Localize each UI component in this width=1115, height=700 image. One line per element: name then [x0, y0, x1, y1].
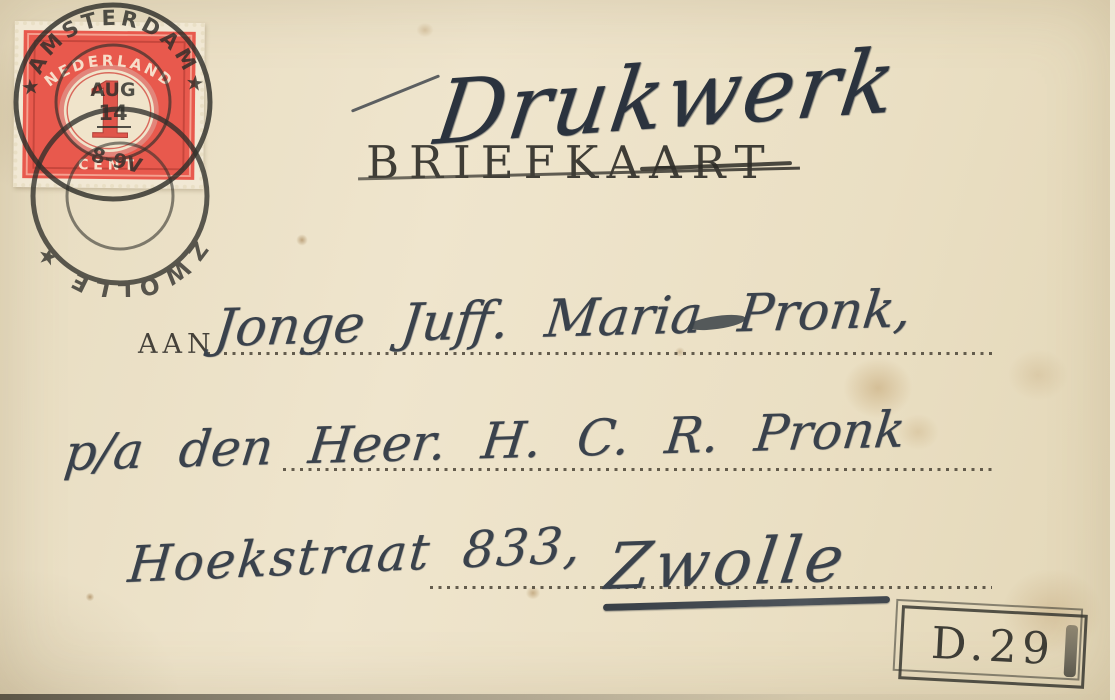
- card-right-edge-highlight: [1110, 0, 1115, 700]
- pen-flourish: [351, 74, 440, 112]
- address-line-1: Jonge Juff. Maria Pronk,: [212, 283, 914, 355]
- postmark-arrival-city-ring: ZWOLLE ★: [28, 236, 213, 297]
- stamp-value: 1: [82, 66, 136, 156]
- card-bottom-edge-shadow: [0, 694, 1115, 700]
- stamp-design: NEDERLAND 1 CENT: [22, 30, 196, 180]
- address-city: Zwolle: [602, 527, 851, 600]
- ink-smear: [1064, 625, 1079, 678]
- address-line-3: Hoekstraat 833,: [126, 520, 585, 590]
- stamp-artwork: NEDERLAND 1 CENT: [22, 30, 196, 180]
- address-to-label: AAN: [138, 331, 216, 358]
- sorting-mark-text: D.29: [930, 622, 1056, 672]
- postage-stamp: NEDERLAND 1 CENT: [13, 21, 205, 189]
- stamp-denomination: CENT: [78, 157, 139, 174]
- address-line-2: p/a den Heer. H. C. R. Pronk: [62, 404, 908, 478]
- postcard-back: NEDERLAND 1 CENT ★AMSTERDAM★ AUG 14 8-9V: [0, 0, 1115, 700]
- sorting-mark-box: D.29: [898, 605, 1088, 689]
